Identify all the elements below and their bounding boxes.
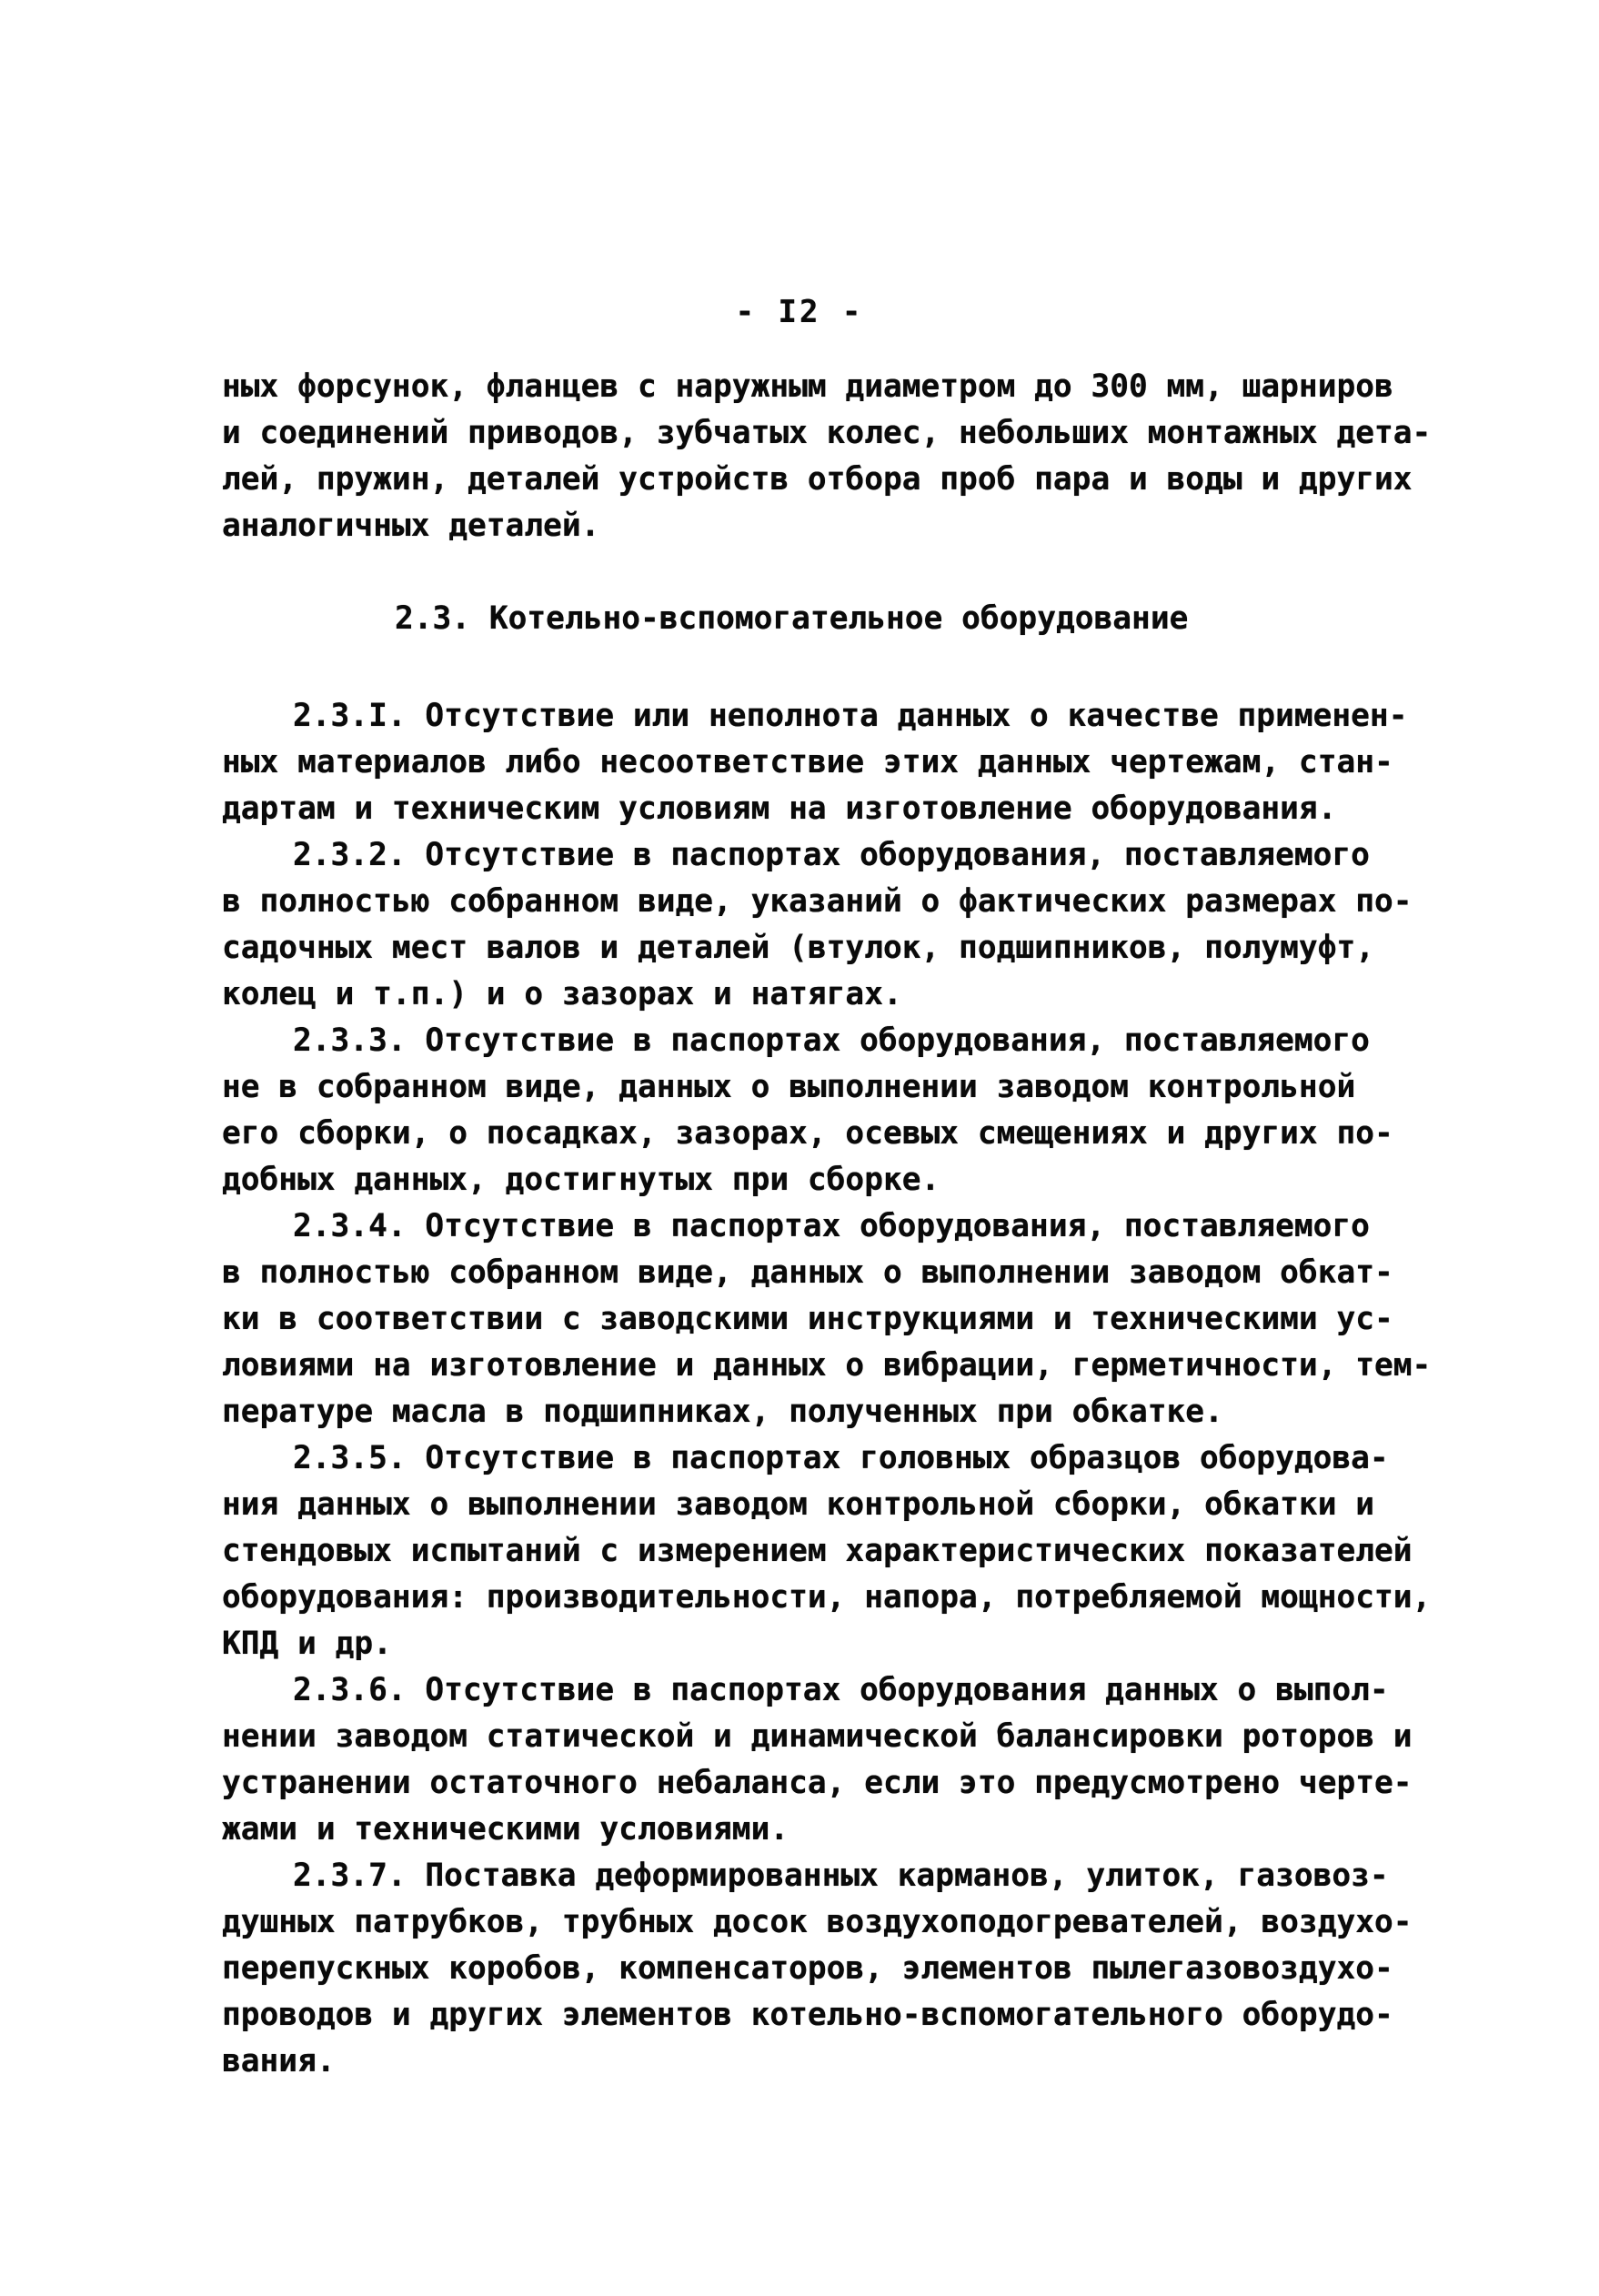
text-line: 2.3.4. Отсутствие в паспортах оборудован… <box>222 1203 1459 1250</box>
text-line: оборудования: производительности, напора… <box>222 1575 1459 1621</box>
text-line: не в собранном виде, данных о выполнении… <box>222 1064 1459 1111</box>
paragraph: 2.3.5. Отсутствие в паспортах головных о… <box>222 1435 1459 1667</box>
text-line: вания. <box>222 2039 1459 2085</box>
text-line: жами и техническими условиями. <box>222 1807 1459 1853</box>
text-line: и соединений приводов, зубчатых колес, н… <box>222 410 1459 457</box>
text-line: КПД и др. <box>222 1621 1459 1667</box>
paragraph: 2.3.4. Отсутствие в паспортах оборудован… <box>222 1203 1459 1435</box>
text-line: 2.3.2. Отсутствие в паспортах оборудован… <box>222 832 1459 879</box>
text-line: ния данных о выполнении заводом контроль… <box>222 1482 1459 1528</box>
text-line: перепускных коробов, компенсаторов, элем… <box>222 1946 1459 1992</box>
page-number: - I2 - <box>195 289 1404 336</box>
text-line: 2.3.I. Отсутствие или неполнота данных о… <box>222 693 1459 740</box>
text-line: 2.3.3. Отсутствие в паспортах оборудован… <box>222 1018 1459 1064</box>
paragraph: 2.3.7. Поставка деформированных карманов… <box>222 1853 1459 2085</box>
paragraph: 2.3.3. Отсутствие в паспортах оборудован… <box>222 1018 1459 1203</box>
text-line: дартам и техническим условиям на изготов… <box>222 786 1459 832</box>
text-line: нении заводом статической и динамической… <box>222 1714 1459 1760</box>
text-line: ных материалов либо несоответствие этих … <box>222 740 1459 786</box>
text-line: устранении остаточного небаланса, если э… <box>222 1760 1459 1807</box>
section-heading: 2.3. Котельно-вспомогательное оборудован… <box>222 596 1459 642</box>
text-line: 2.3.5. Отсутствие в паспортах головных о… <box>222 1435 1459 1482</box>
text-line: 2.3. Котельно-вспомогательное оборудован… <box>395 596 1459 642</box>
document-body: ных форсунок, фланцев с наружным диаметр… <box>222 364 1459 2085</box>
text-line: добных данных, достигнутых при сборке. <box>222 1157 1459 1203</box>
text-line: проводов и других элементов котельно-всп… <box>222 1992 1459 2039</box>
text-line: в полностью собранном виде, указаний о ф… <box>222 879 1459 925</box>
scanned-document-page: - I2 - ных форсунок, фланцев с наружным … <box>0 0 1599 2296</box>
text-line: его сборки, о посадках, зазорах, осевых … <box>222 1111 1459 1157</box>
text-line: колец и т.п.) и о зазорах и натягах. <box>222 972 1459 1018</box>
text-line: аналогичных деталей. <box>222 503 1459 549</box>
paragraph: ных форсунок, фланцев с наружным диаметр… <box>222 364 1459 549</box>
text-line: 2.3.7. Поставка деформированных карманов… <box>222 1853 1459 1899</box>
text-line: в полностью собранном виде, данных о вып… <box>222 1250 1459 1296</box>
paragraph: 2.3.I. Отсутствие или неполнота данных о… <box>222 693 1459 832</box>
text-line: стендовых испытаний с измерением характе… <box>222 1528 1459 1575</box>
paragraph: 2.3.2. Отсутствие в паспортах оборудован… <box>222 832 1459 1018</box>
text-line: лей, пружин, деталей устройств отбора пр… <box>222 457 1459 503</box>
paragraph: 2.3.6. Отсутствие в паспортах оборудован… <box>222 1667 1459 1853</box>
text-line: ных форсунок, фланцев с наружным диаметр… <box>222 364 1459 410</box>
text-line: душных патрубков, трубных досок воздухоп… <box>222 1899 1459 1946</box>
text-line: ловиями на изготовление и данных о вибра… <box>222 1343 1459 1389</box>
text-line: 2.3.6. Отсутствие в паспортах оборудован… <box>222 1667 1459 1714</box>
text-line: садочных мест валов и деталей (втулок, п… <box>222 925 1459 972</box>
text-line: ки в соответствии с заводскими инструкци… <box>222 1296 1459 1343</box>
text-line: пературе масла в подшипниках, полученных… <box>222 1389 1459 1435</box>
